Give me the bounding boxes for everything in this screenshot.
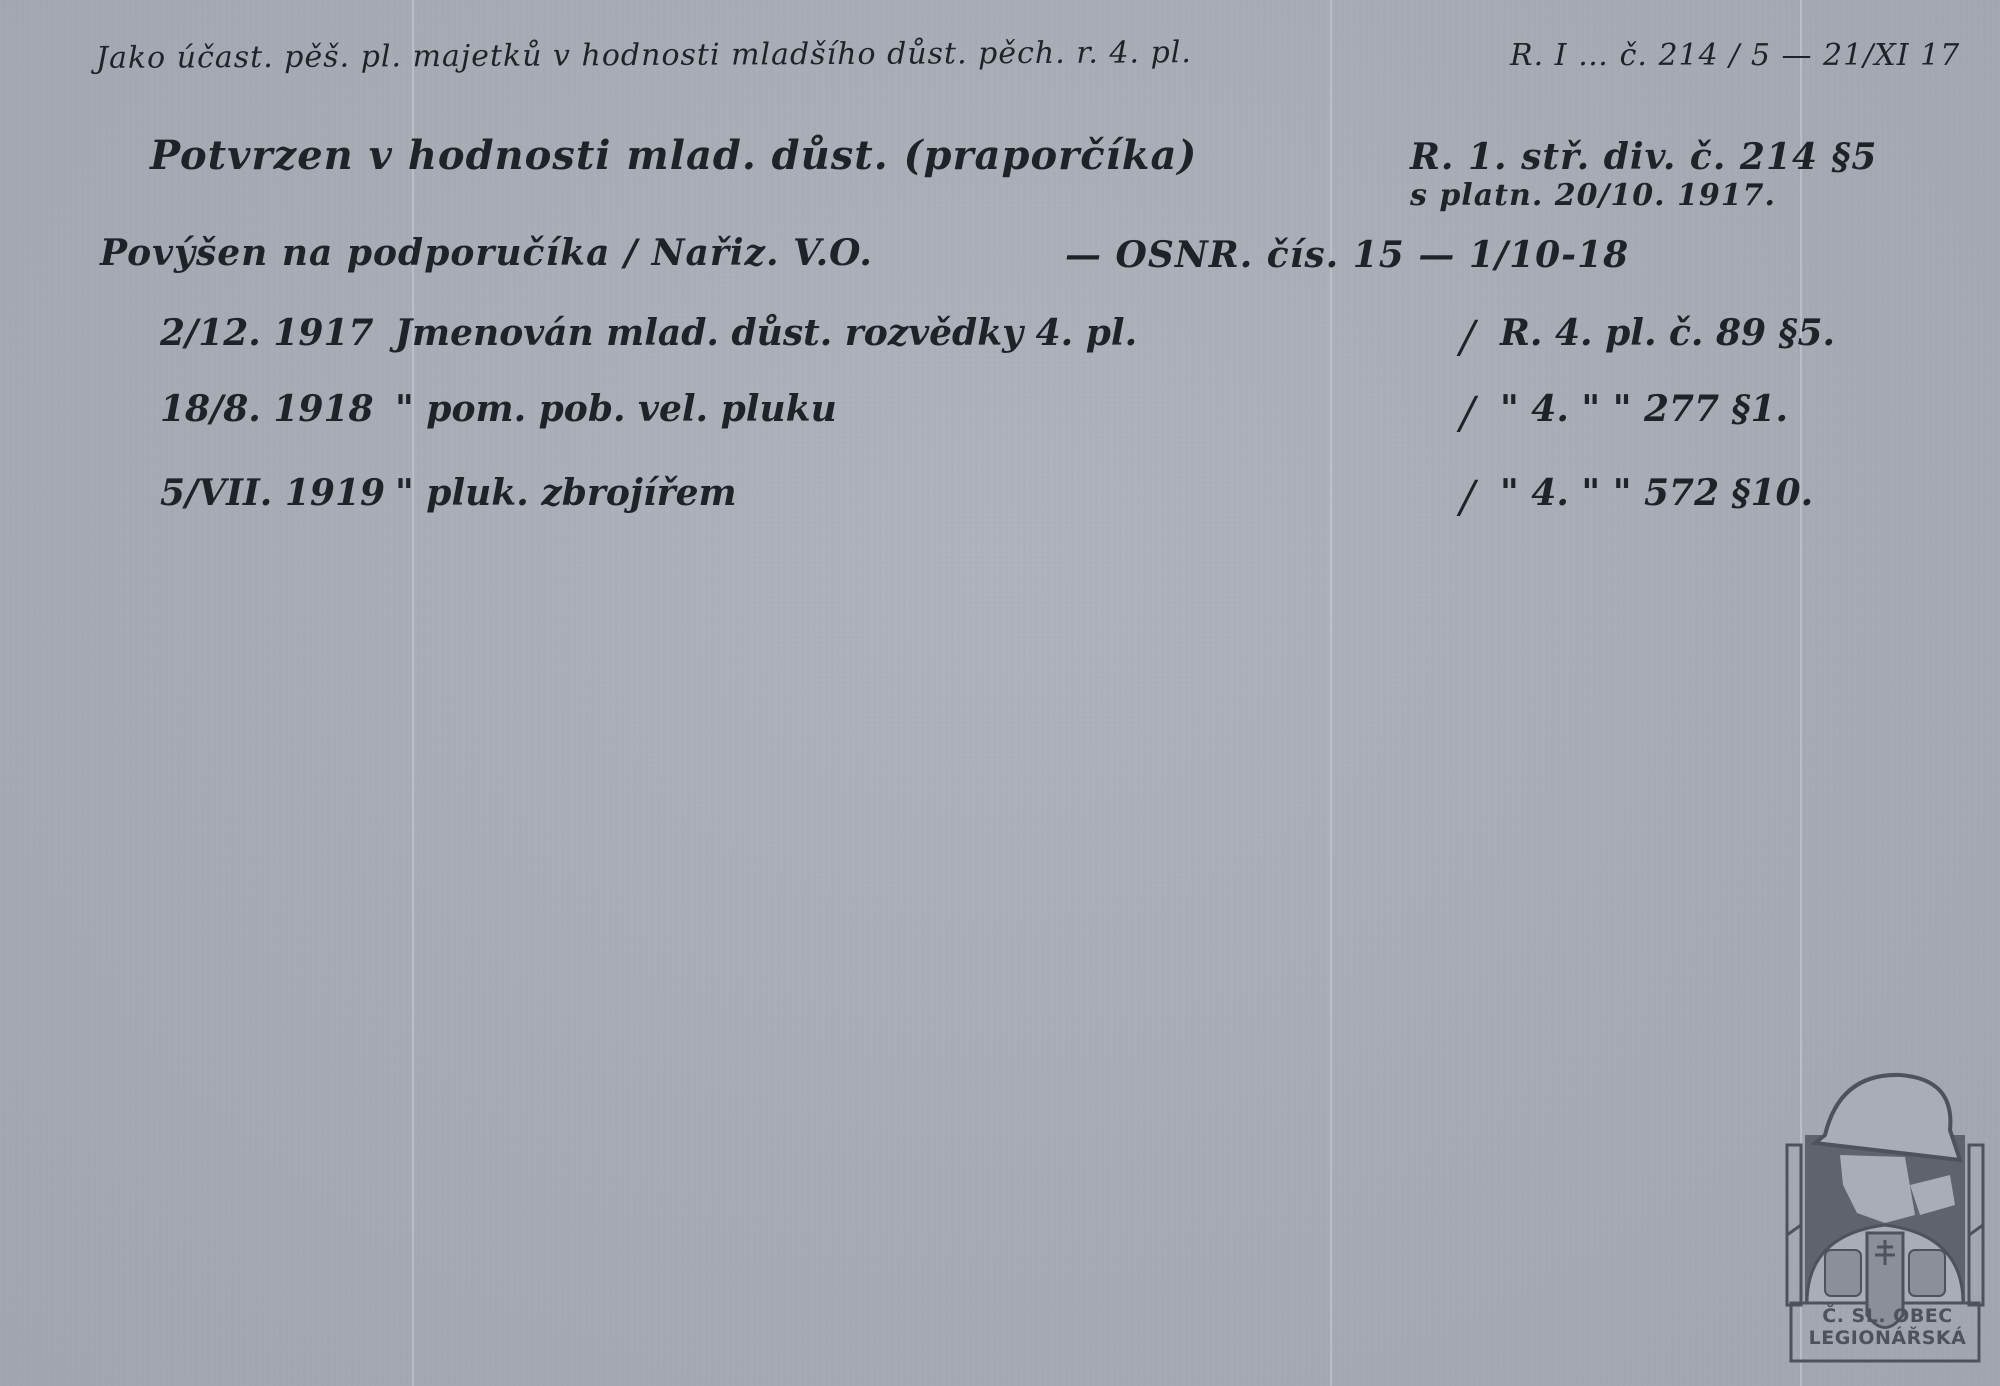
promotion-line-reference: — OSNR. čís. 15 — 1/10-18	[1065, 234, 1629, 276]
stamp-caption: Č. SL. OBEC LEGIONÁŘSKÁ	[1795, 1305, 1980, 1349]
entry-separator: /	[1460, 312, 1475, 363]
entry-text: " pom. pob. vel. pluku	[395, 388, 837, 430]
header-line-text: Jako účast. pěš. pl. majetků v hodnosti …	[96, 35, 1192, 76]
entry-reference: " 4. " " 277 §1.	[1500, 388, 1788, 430]
entry-reference: " 4. " " 572 §10.	[1500, 472, 1813, 514]
entry-date: 2/12. 1917	[160, 312, 374, 354]
confirmation-line-validity: s platn. 20/10. 1917.	[1410, 178, 1776, 213]
entry-separator: /	[1460, 388, 1475, 439]
entry-text: " pluk. zbrojířem	[395, 472, 737, 514]
service-entry-row: 2/12. 1917 Jmenován mlad. důst. rozvědky…	[0, 312, 2000, 372]
entry-text: Jmenován mlad. důst. rozvědky 4. pl.	[395, 312, 1137, 354]
confirmation-line-text: Potvrzen v hodnosti mlad. důst. (praporč…	[150, 132, 1197, 179]
service-entry-row: 5/VII. 1919 " pluk. zbrojířem / " 4. " "…	[0, 472, 2000, 532]
paper-fold-line	[412, 0, 414, 1386]
paper-fold-line	[1330, 0, 1332, 1386]
entry-date: 5/VII. 1919	[160, 472, 385, 514]
entry-date: 18/8. 1918	[160, 388, 374, 430]
entry-separator: /	[1460, 472, 1475, 523]
entry-reference: R. 4. pl. č. 89 §5.	[1500, 312, 1835, 354]
confirmation-line-reference: R. 1. stř. div. č. 214 §5	[1410, 136, 1877, 178]
header-line-reference: R. I … č. 214 / 5 — 21/XI 17	[1510, 38, 1960, 73]
stamp-caption-line1: Č. SL. OBEC	[1795, 1305, 1980, 1327]
stamp-caption-line2: LEGIONÁŘSKÁ	[1795, 1327, 1980, 1349]
promotion-line-text: Povýšen na podporučíka / Nařiz. V.O.	[100, 232, 873, 274]
service-entry-row: 18/8. 1918 " pom. pob. vel. pluku / " 4.…	[0, 388, 2000, 448]
